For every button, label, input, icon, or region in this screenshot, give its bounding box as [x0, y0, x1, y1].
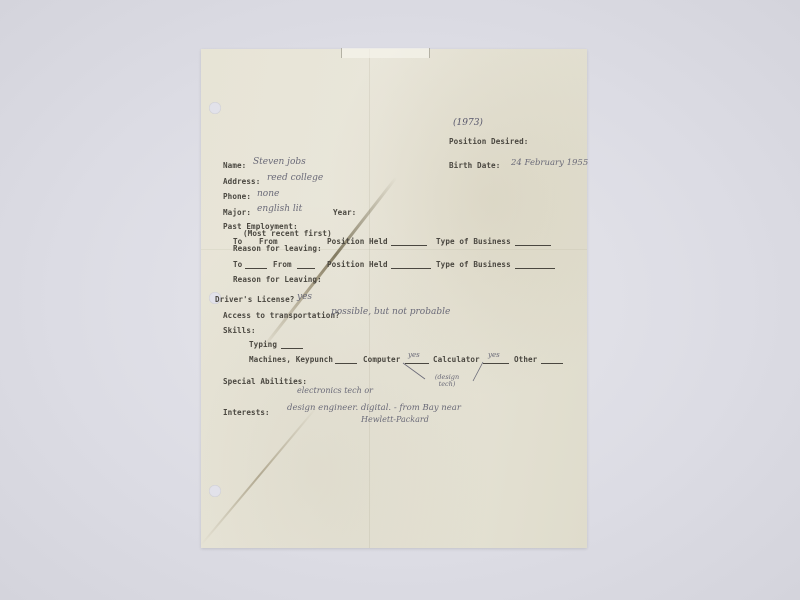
computer-value: yes [408, 351, 420, 359]
employment-row-2-position-held: Position Held [327, 260, 388, 269]
phone-label: Phone: [223, 192, 251, 201]
machines-label: Machines, Keypunch [249, 355, 333, 364]
paper-crease [369, 49, 370, 548]
special-abilities-value: electronics tech or [297, 386, 373, 395]
coffee-stain [200, 406, 317, 545]
typing-blank[interactable] [281, 342, 303, 349]
interests-value-line2: Hewlett-Packard [361, 415, 429, 424]
special-abilities-label: Special Abilities: [223, 377, 307, 386]
keypunch-blank[interactable] [335, 357, 357, 364]
drivers-license-label: Driver's License? [215, 295, 294, 304]
employment-row-1-type-of-business: Type of Business [436, 237, 511, 246]
application-form-paper: (1973) Position Desired: Birth Date: 24 … [201, 49, 587, 548]
employment-row-2-from: From [273, 260, 292, 269]
birth-date-label: Birth Date: [449, 161, 500, 170]
major-label: Major: [223, 208, 251, 217]
position-desired-label: Position Desired: [449, 137, 528, 146]
punch-hole [209, 485, 221, 497]
calculator-value: yes [488, 351, 500, 359]
tape-strip [341, 48, 430, 58]
year-note: (1973) [453, 118, 483, 128]
typing-label: Typing [249, 340, 277, 349]
employment-row-2-to: To [233, 260, 242, 269]
position-held-blank[interactable] [391, 262, 431, 269]
interests-value: design engineer. digital. - from Bay nea… [287, 403, 461, 413]
drivers-license-value: yes [297, 292, 312, 302]
employment-row-1-reason: Reason for leaving: [233, 244, 322, 253]
other-blank[interactable] [541, 357, 563, 364]
transportation-label: Access to transportation? [223, 311, 340, 320]
major-value: english lit [257, 204, 302, 214]
address-value: reed college [267, 173, 323, 183]
year-label: Year: [333, 208, 356, 217]
position-held-blank[interactable] [391, 239, 427, 246]
to-blank[interactable] [245, 262, 267, 269]
name-value: Steven jobs [253, 157, 306, 167]
employment-row-1-position-held: Position Held [327, 237, 388, 246]
other-label: Other [514, 355, 537, 364]
phone-value: none [257, 189, 279, 199]
type-of-business-blank[interactable] [515, 262, 555, 269]
interests-label: Interests: [223, 408, 270, 417]
from-blank[interactable] [297, 262, 315, 269]
type-of-business-blank[interactable] [515, 239, 551, 246]
transportation-value: possible, but not probable [331, 307, 450, 317]
skills-label: Skills: [223, 326, 256, 335]
punch-hole [209, 102, 221, 114]
past-employment-sublabel: (Most recent first) [243, 229, 332, 238]
computer-label: Computer [363, 355, 400, 364]
employment-row-2-type-of-business: Type of Business [436, 260, 511, 269]
birth-date-value: 24 February 1955 [511, 158, 588, 168]
name-label: Name: [223, 161, 246, 170]
address-label: Address: [223, 177, 260, 186]
employment-row-2-reason: Reason for Leaving: [233, 275, 322, 284]
margin-note: (design tech) [427, 374, 467, 388]
